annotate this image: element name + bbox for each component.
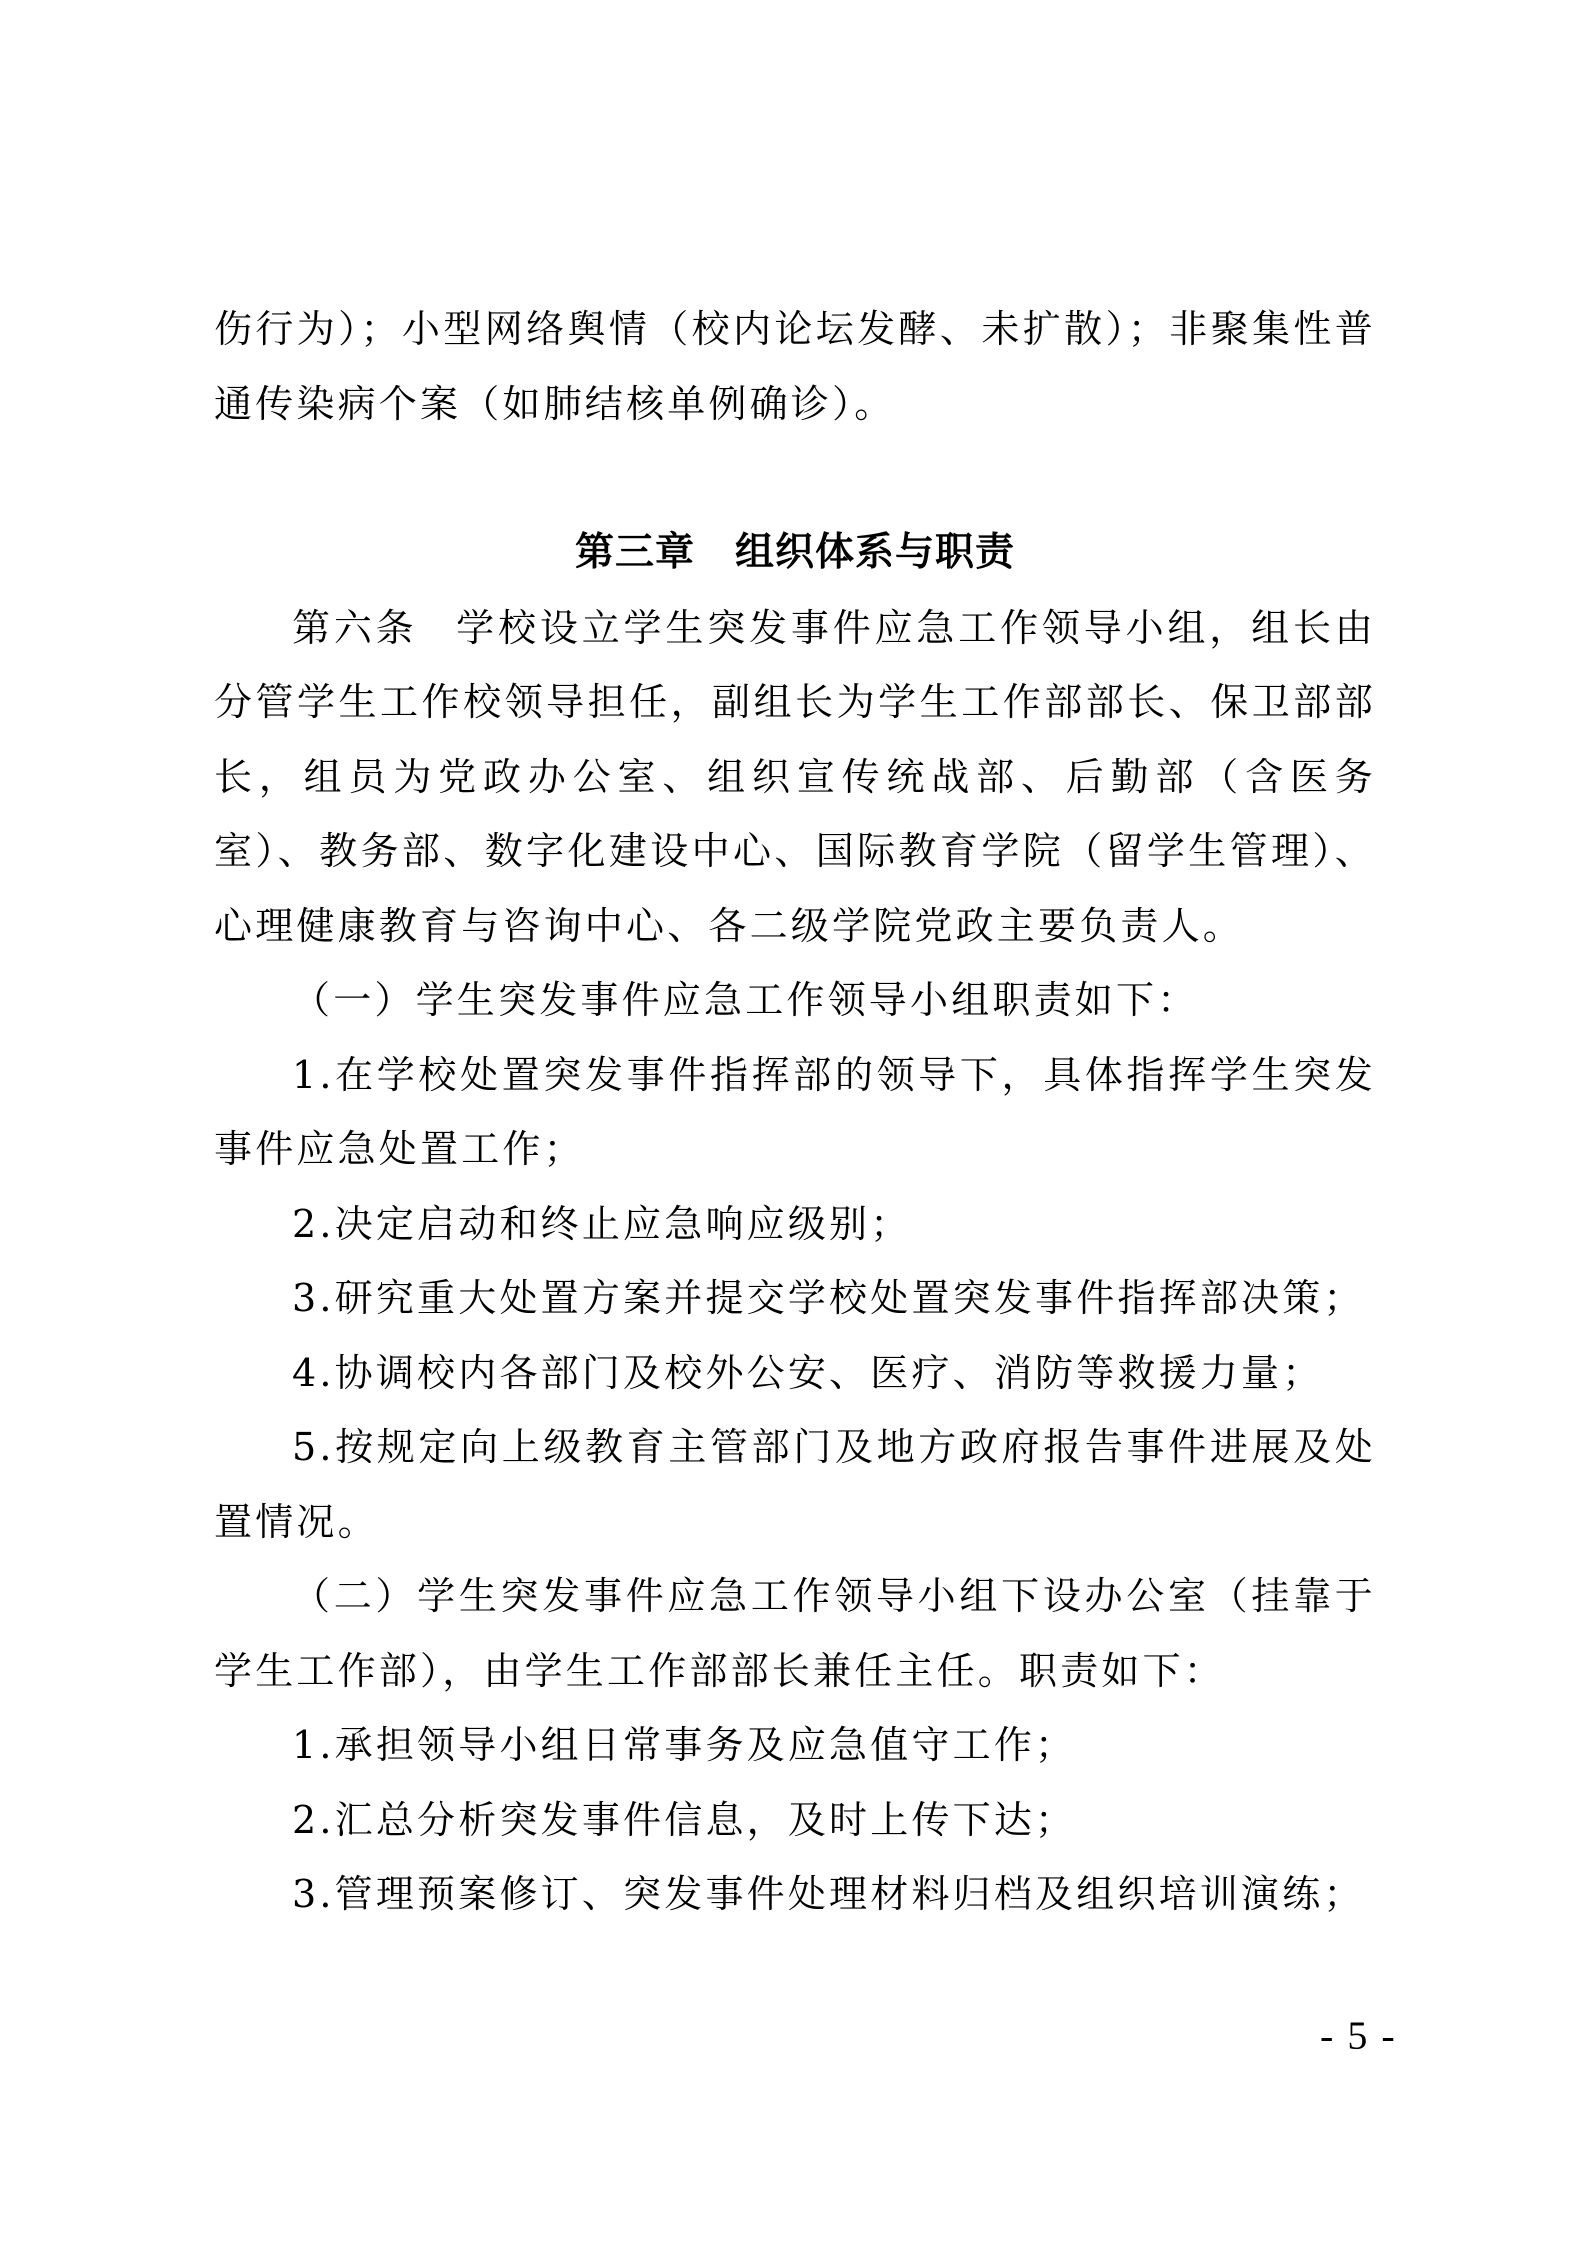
section-1-item-2: 2.决定启动和终止应急响应级别；: [214, 1187, 1376, 1262]
continuation-paragraph: 伤行为）；小型网络舆情（校内论坛发酵、未扩散）；非聚集性普通传染病个案（如肺结核…: [214, 292, 1376, 441]
document-page: 伤行为）；小型网络舆情（校内论坛发酵、未扩散）；非聚集性普通传染病个案（如肺结核…: [0, 0, 1587, 2245]
section-1-item-3: 3.研究重大处置方案并提交学校处置突发事件指挥部决策；: [214, 1261, 1376, 1336]
section-1-item-4: 4.协调校内各部门及校外公安、医疗、消防等救援力量；: [214, 1336, 1376, 1411]
page-number: - 5 -: [1320, 2012, 1397, 2059]
section-1-item-1: 1.在学校处置突发事件指挥部的领导下，具体指挥学生突发事件应急处置工作；: [214, 1038, 1376, 1187]
chapter-number: 第三章: [575, 530, 695, 575]
article-text: 学校设立学生突发事件应急工作领导小组，组长由分管学生工作校领导担任，副组长为学生…: [214, 606, 1376, 948]
section-2-item-1: 1.承担领导小组日常事务及应急值守工作；: [214, 1708, 1376, 1783]
page-body: 伤行为）；小型网络舆情（校内论坛发酵、未扩散）；非聚集性普通传染病个案（如肺结核…: [214, 292, 1376, 1932]
section-1-heading: （一）学生突发事件应急工作领导小组职责如下：: [214, 963, 1376, 1038]
chapter-name: 组织体系与职责: [735, 530, 1015, 575]
article-label: 第六条: [292, 606, 418, 650]
section-2-item-2: 2.汇总分析突发事件信息，及时上传下达；: [214, 1783, 1376, 1858]
section-spacer: [214, 441, 1376, 516]
section-2-item-3: 3.管理预案修订、突发事件处理材料归档及组织培训演练；: [214, 1857, 1376, 1932]
article-6-paragraph: 第六条学校设立学生突发事件应急工作领导小组，组长由分管学生工作校领导担任，副组长…: [214, 591, 1376, 964]
section-1-item-5: 5.按规定向上级教育主管部门及地方政府报告事件进展及处置情况。: [214, 1410, 1376, 1559]
section-2-heading: （二）学生突发事件应急工作领导小组下设办公室（挂靠于学生工作部），由学生工作部部…: [214, 1559, 1376, 1708]
chapter-title: 第三章组织体系与职责: [214, 516, 1376, 591]
